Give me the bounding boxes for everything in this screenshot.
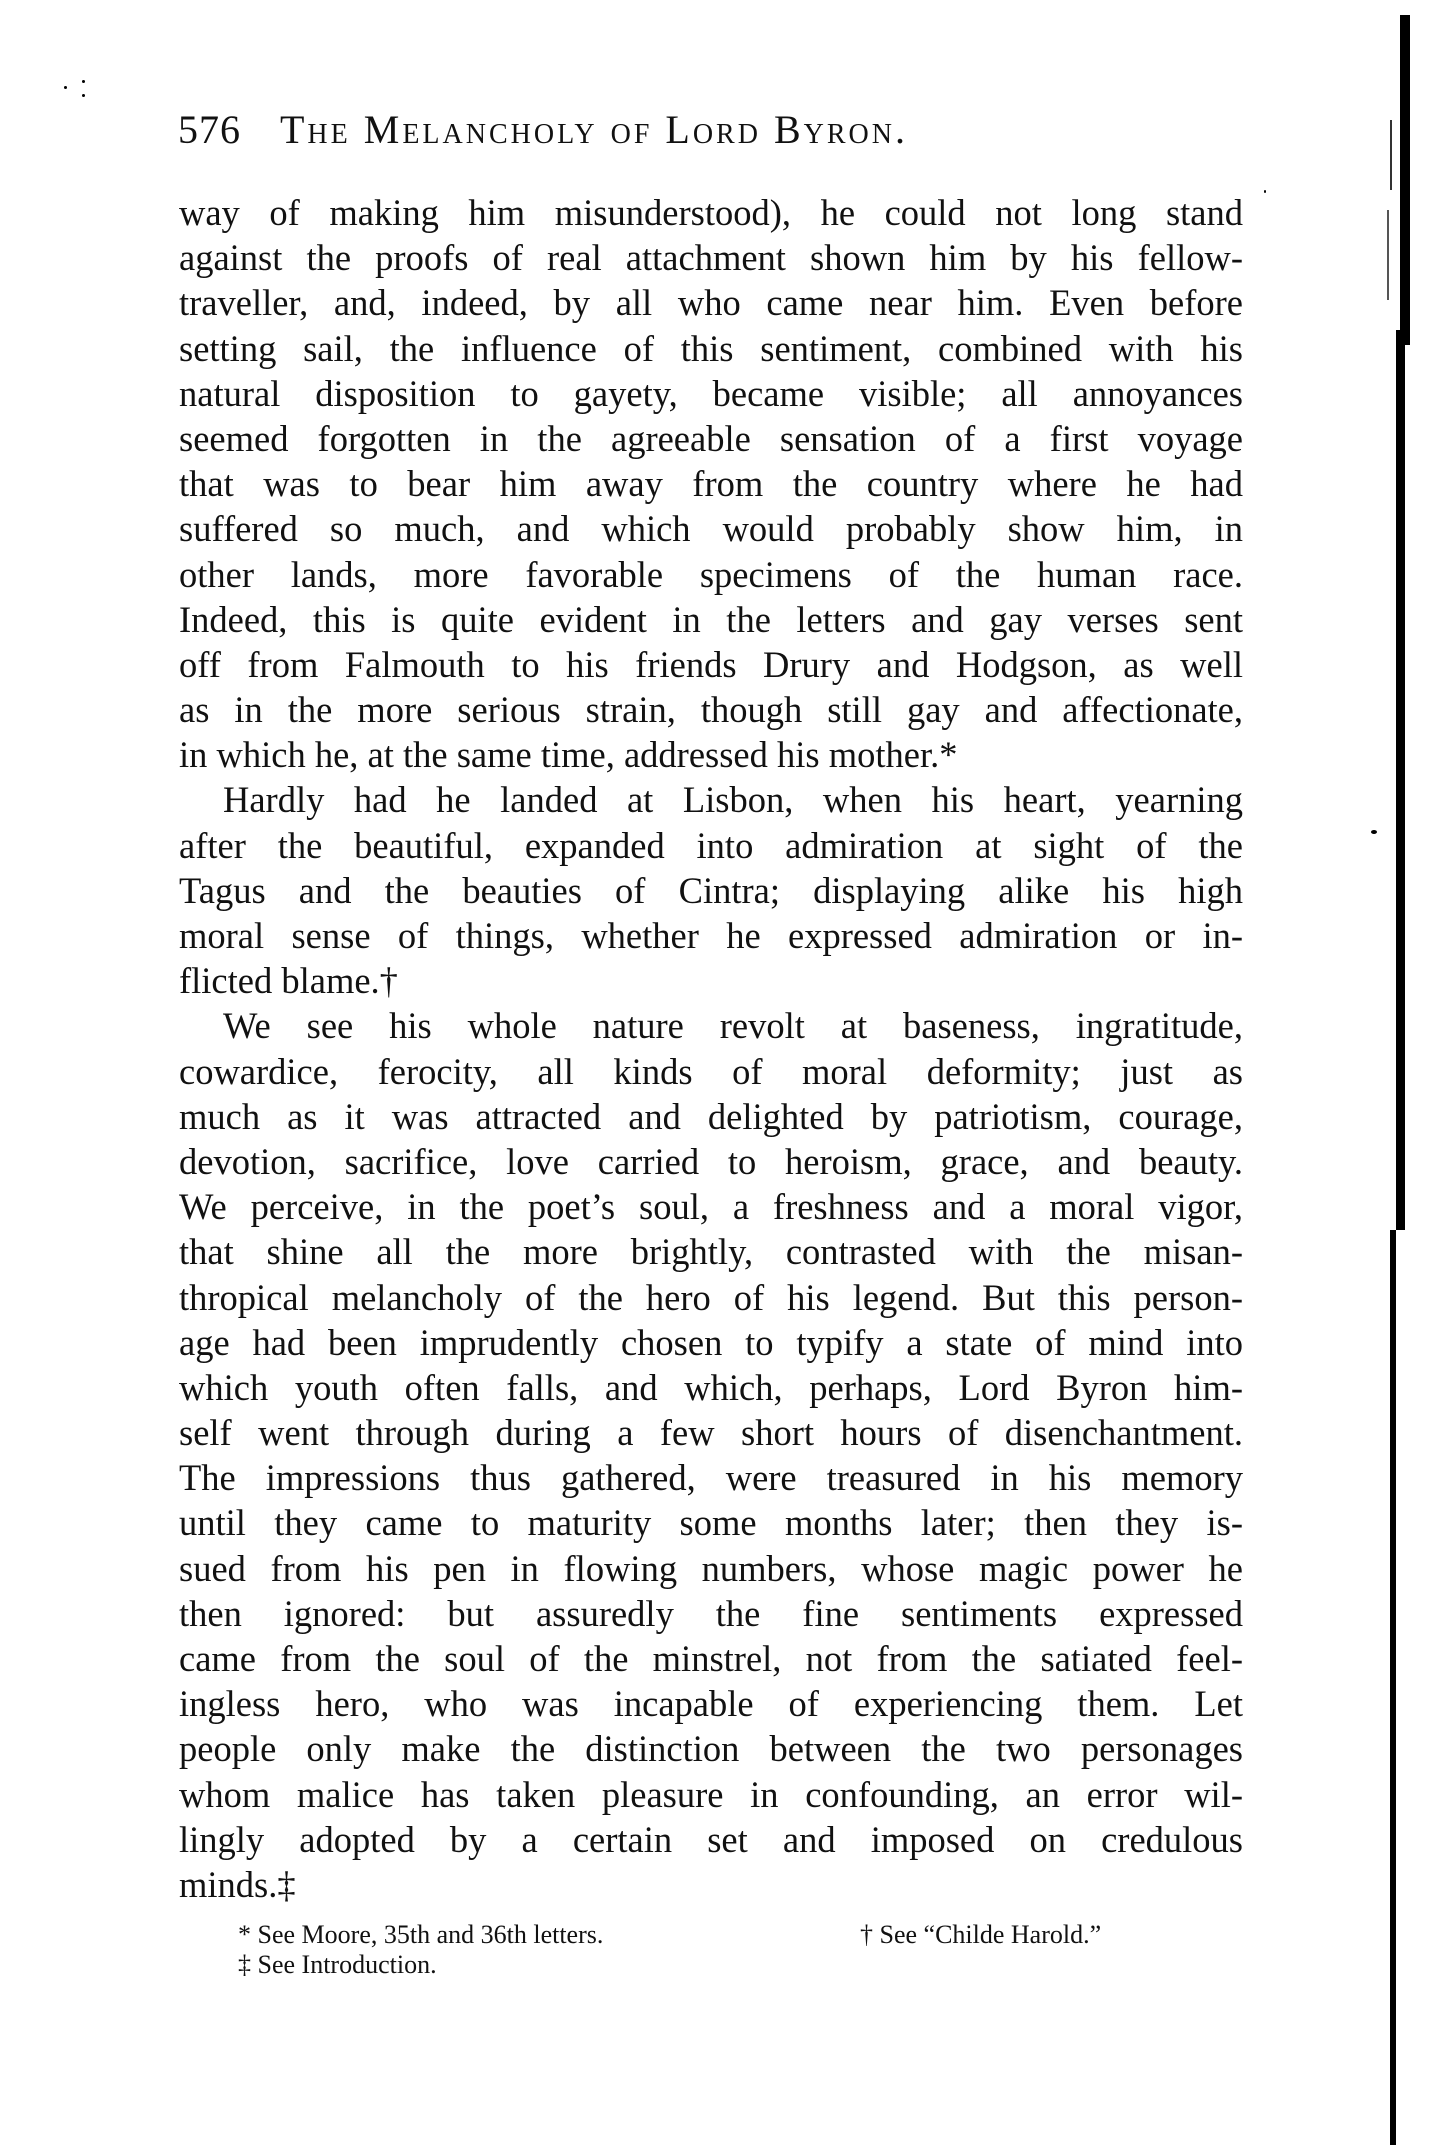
footnote-asterisk: * See Moore, 35th and 36th letters. bbox=[238, 1920, 603, 1949]
text-line: lingly adopted by a certain set and impo… bbox=[179, 1817, 1243, 1862]
text-line: We perceive, in the poet’s soul, a fresh… bbox=[179, 1184, 1243, 1229]
running-title: The Melancholy of Lord Byron. bbox=[280, 107, 908, 152]
speck bbox=[1371, 830, 1377, 834]
text-line: traveller, and, indeed, by all who came … bbox=[179, 280, 1243, 325]
binding-edge-bottom bbox=[1390, 1230, 1396, 2145]
text-line: until they came to maturity some months … bbox=[179, 1500, 1243, 1545]
text-line: much as it was attracted and delighted b… bbox=[179, 1094, 1243, 1139]
text-line: age had been imprudently chosen to typif… bbox=[179, 1320, 1243, 1365]
speck bbox=[64, 86, 67, 89]
footnote-row: ‡ See Introduction. bbox=[238, 1950, 1238, 1980]
text-line: natural disposition to gayety, became vi… bbox=[179, 371, 1243, 416]
text-line: cowardice, ferocity, all kinds of moral … bbox=[179, 1049, 1243, 1094]
text-line: We see his whole nature revolt at basene… bbox=[179, 1003, 1243, 1048]
text-line: flicted blame.† bbox=[179, 958, 1243, 1003]
text-line: in which he, at the same time, addressed… bbox=[179, 732, 1243, 777]
text-line: Indeed, this is quite evident in the let… bbox=[179, 597, 1243, 642]
book-page: 576 The Melancholy of Lord Byron. way of… bbox=[0, 0, 1429, 2145]
running-header: 576 The Melancholy of Lord Byron. bbox=[178, 106, 1258, 153]
text-line: Hardly had he landed at Lisbon, when his… bbox=[179, 777, 1243, 822]
text-line: way of making him misunderstood), he cou… bbox=[179, 190, 1243, 235]
text-line: devotion, sacrifice, love carried to her… bbox=[179, 1139, 1243, 1184]
footnote-double-dagger: ‡ See Introduction. bbox=[238, 1950, 437, 1979]
text-line: setting sail, the influence of this sent… bbox=[179, 326, 1243, 371]
text-line: that shine all the more brightly, contra… bbox=[179, 1229, 1243, 1274]
footnotes: * See Moore, 35th and 36th letters. † Se… bbox=[238, 1920, 1238, 1980]
page-number: 576 bbox=[178, 107, 241, 152]
text-line: as in the more serious strain, though st… bbox=[179, 687, 1243, 732]
binding-edge-lower bbox=[1396, 330, 1405, 1230]
text-line: seemed forgotten in the agreeable sensat… bbox=[179, 416, 1243, 461]
text-line: that was to bear him away from the count… bbox=[179, 461, 1243, 506]
text-line: The impressions thus gathered, were trea… bbox=[179, 1455, 1243, 1500]
text-line: against the proofs of real attachment sh… bbox=[179, 235, 1243, 280]
footnote-dagger: † See “Childe Harold.” bbox=[860, 1920, 1101, 1950]
text-line: Tagus and the beauties of Cintra; displa… bbox=[179, 868, 1243, 913]
text-line: suffered so much, and which would probab… bbox=[179, 506, 1243, 551]
text-line: ingless hero, who was incapable of exper… bbox=[179, 1681, 1243, 1726]
text-line: self went through during a few short hou… bbox=[179, 1410, 1243, 1455]
text-line: then ignored: but assuredly the fine sen… bbox=[179, 1591, 1243, 1636]
text-line: whom malice has taken pleasure in confou… bbox=[179, 1772, 1243, 1817]
text-line: minds.‡ bbox=[179, 1862, 1243, 1907]
text-line: after the beautiful, expanded into admir… bbox=[179, 823, 1243, 868]
text-line: which youth often falls, and which, perh… bbox=[179, 1365, 1243, 1410]
text-line: other lands, more favorable specimens of… bbox=[179, 552, 1243, 597]
text-line: sued from his pen in flowing numbers, wh… bbox=[179, 1546, 1243, 1591]
speck bbox=[82, 80, 85, 83]
text-line: off from Falmouth to his friends Drury a… bbox=[179, 642, 1243, 687]
binding-shadow-line bbox=[1390, 120, 1392, 190]
binding-edge bbox=[1400, 15, 1410, 345]
speck bbox=[82, 94, 85, 97]
speck bbox=[1264, 190, 1266, 193]
body-text: way of making him misunderstood), he cou… bbox=[179, 190, 1243, 1907]
footnote-row: * See Moore, 35th and 36th letters. † Se… bbox=[238, 1920, 1238, 1950]
text-line: people only make the distinction between… bbox=[179, 1726, 1243, 1771]
text-line: came from the soul of the minstrel, not … bbox=[179, 1636, 1243, 1681]
text-line: moral sense of things, whether he expres… bbox=[179, 913, 1243, 958]
binding-shadow-line-2 bbox=[1387, 210, 1389, 300]
text-line: thropical melancholy of the hero of his … bbox=[179, 1275, 1243, 1320]
